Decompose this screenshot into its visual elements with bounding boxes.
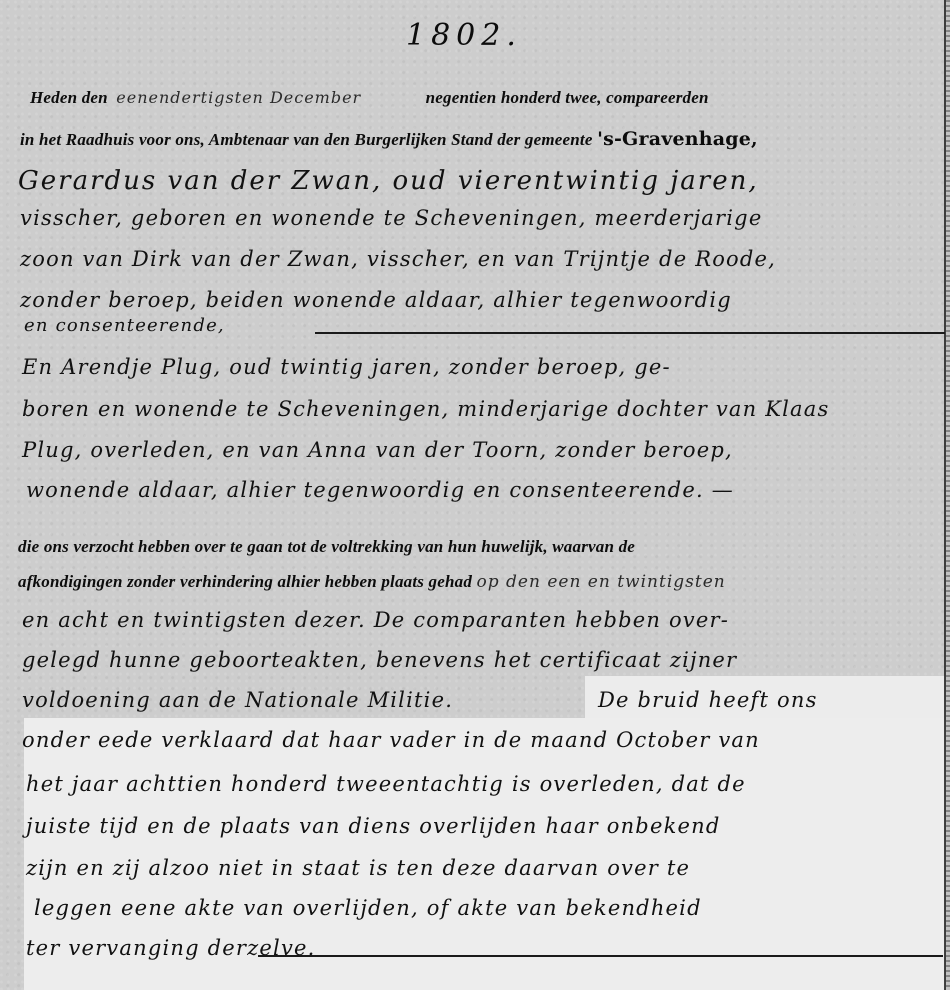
intro-municipality: 's-Gravenhage, [597,128,758,150]
request-patch-text: De bruid heeft ons [598,688,818,712]
declaration-line-1: onder eede verklaard dat haar vader in d… [22,728,760,752]
request-printed-afkondigingen: afkondigingen zonder verhindering alhier… [18,572,472,591]
request-line-5: voldoening aan de Nationale Militie. [22,688,453,712]
request-line-4: gelegd hunne geboorteakten, benevens het… [22,648,737,672]
intro-line-2: in het Raadhuis voor ons, Ambtenaar van … [20,128,758,150]
groom-separator-rule [315,332,945,334]
intro-printed-year-compareerden: negentien honderd twee, compareerden [426,88,709,107]
page-right-border-line [944,0,946,990]
request-line-3: en acht en twintigsten dezer. De compara… [22,608,729,632]
bride-line-1: En Arendje Plug, oud twintig jaren, zond… [22,355,671,379]
request-line-1: die ons verzocht hebben over te gaan tot… [18,537,635,557]
request-line-2: afkondigingen zonder verhindering alhier… [18,572,726,592]
declaration-line-4: zijn en zij alzoo niet in staat is ten d… [26,856,690,880]
bride-line-2: boren en wonende te Scheveningen, minder… [22,397,829,421]
scanned-page: 1802. Heden den eenendertigsten December… [0,0,950,990]
declaration-line-2: het jaar achttien honderd tweeentachtig … [26,772,746,796]
groom-line-5: en consenteerende, [24,315,225,336]
intro-printed-raadhuis: in het Raadhuis voor ons, Ambtenaar van … [20,130,593,149]
declaration-line-5: leggen eene akte van overlijden, of akte… [34,896,702,920]
intro-handwritten-date: eenendertigsten December [116,88,361,107]
intro-line-1: Heden den eenendertigsten December negen… [30,88,709,108]
declaration-line-3: juiste tijd en de plaats van diens overl… [26,814,721,838]
request-handwritten-date: op den een en twintigsten [477,572,726,592]
page-right-edge [946,0,950,990]
groom-line-3: zoon van Dirk van der Zwan, visscher, en… [20,247,776,271]
bride-line-3: Plug, overleden, en van Anna van der Too… [22,438,733,462]
groom-line-1: Gerardus van der Zwan, oud vierentwintig… [18,166,759,196]
groom-line-2: visscher, geboren en wonende te Scheveni… [20,206,762,230]
closing-rule [258,955,943,957]
bride-line-4: wonende aldaar, alhier tegenwoordig en c… [26,478,734,502]
intro-printed-heden: Heden den [30,88,108,107]
document-year: 1802. [406,18,522,53]
groom-line-4: zonder beroep, beiden wonende aldaar, al… [20,288,732,312]
